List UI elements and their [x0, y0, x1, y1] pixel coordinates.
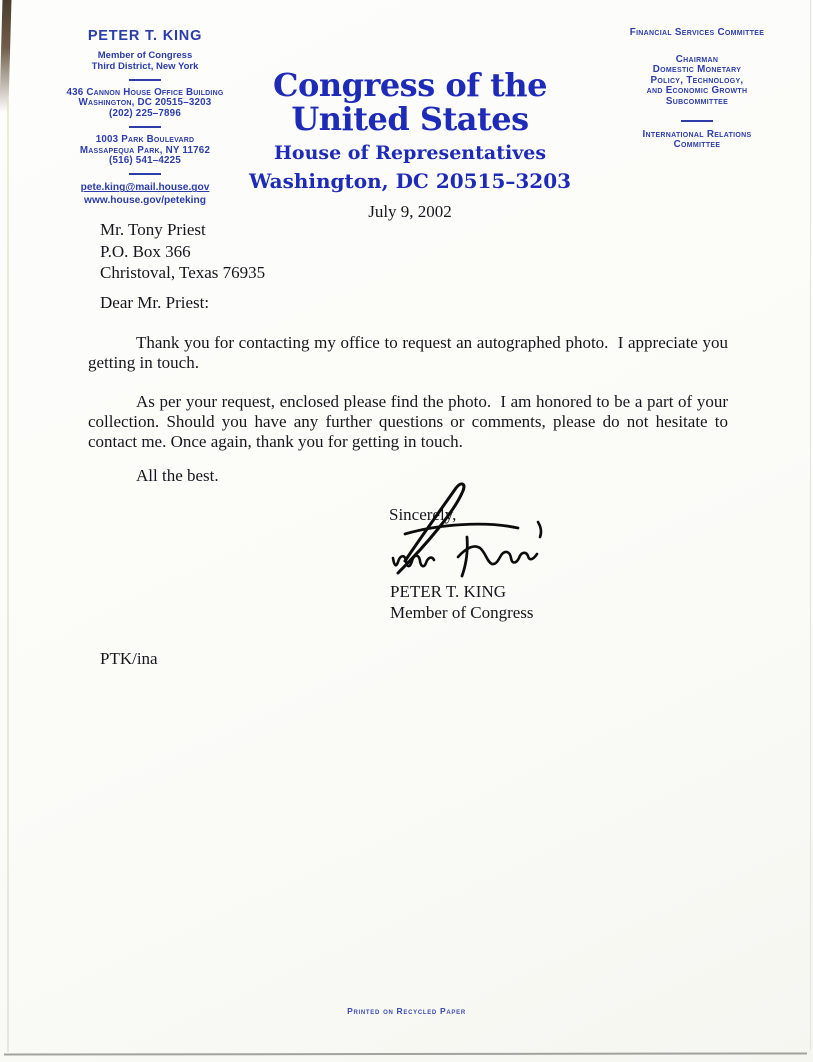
washington-line: Washington, DC 20515–3203	[220, 169, 600, 193]
reference-initials: PTK/ina	[100, 649, 158, 669]
recipient-city: Christoval, Texas 76935	[100, 262, 265, 284]
recycled-paper-note: Printed on Recycled Paper	[0, 1006, 813, 1016]
committee-financial-services: Financial Services Committee	[584, 28, 810, 39]
letter-date: July 9, 2002	[220, 202, 600, 222]
signer-name: PETER T. KING	[390, 582, 506, 602]
letterhead-center-block: Congress of the United States House of R…	[220, 68, 600, 222]
committee-international-relations: International Relations Committee	[584, 130, 810, 151]
chairman-subcommittee-block: Chairman Domestic Monetary Policy, Techn…	[584, 55, 810, 108]
recipient-po-box: P.O. Box 366	[100, 241, 265, 263]
divider	[129, 173, 161, 175]
paragraph-2: As per your request, enclosed please fin…	[88, 392, 728, 452]
recipient-name: Mr. Tony Priest	[100, 219, 265, 241]
paragraph-3: All the best.	[136, 466, 219, 486]
scanned-letter-page: PETER T. KING Member of Congress Third D…	[0, 0, 813, 1062]
letterhead-right-block: Financial Services Committee Chairman Do…	[584, 28, 810, 151]
chairman-line: Subcommittee	[584, 97, 810, 108]
signer-title: Member of Congress	[390, 603, 534, 623]
member-name: PETER T. KING	[28, 28, 262, 44]
divider	[681, 120, 713, 122]
committee-line: Committee	[584, 140, 810, 151]
salutation: Dear Mr. Priest:	[100, 293, 209, 313]
divider	[129, 79, 161, 81]
scan-edge-line-bottom	[4, 1052, 807, 1055]
member-role: Member of Congress	[28, 51, 262, 62]
scan-edge-line-right	[810, 0, 812, 1050]
paragraph-1: Thank you for contacting my office to re…	[88, 333, 728, 373]
scan-edge-shadow-top-left	[0, 0, 12, 112]
house-subtitle: House of Representatives	[220, 142, 600, 164]
divider	[129, 126, 161, 128]
recipient-address-block: Mr. Tony Priest P.O. Box 366 Christoval,…	[100, 219, 265, 284]
scan-edge-line-left	[7, 100, 9, 1052]
handwritten-signature	[374, 480, 552, 582]
congress-title: Congress of the United States	[220, 68, 600, 136]
